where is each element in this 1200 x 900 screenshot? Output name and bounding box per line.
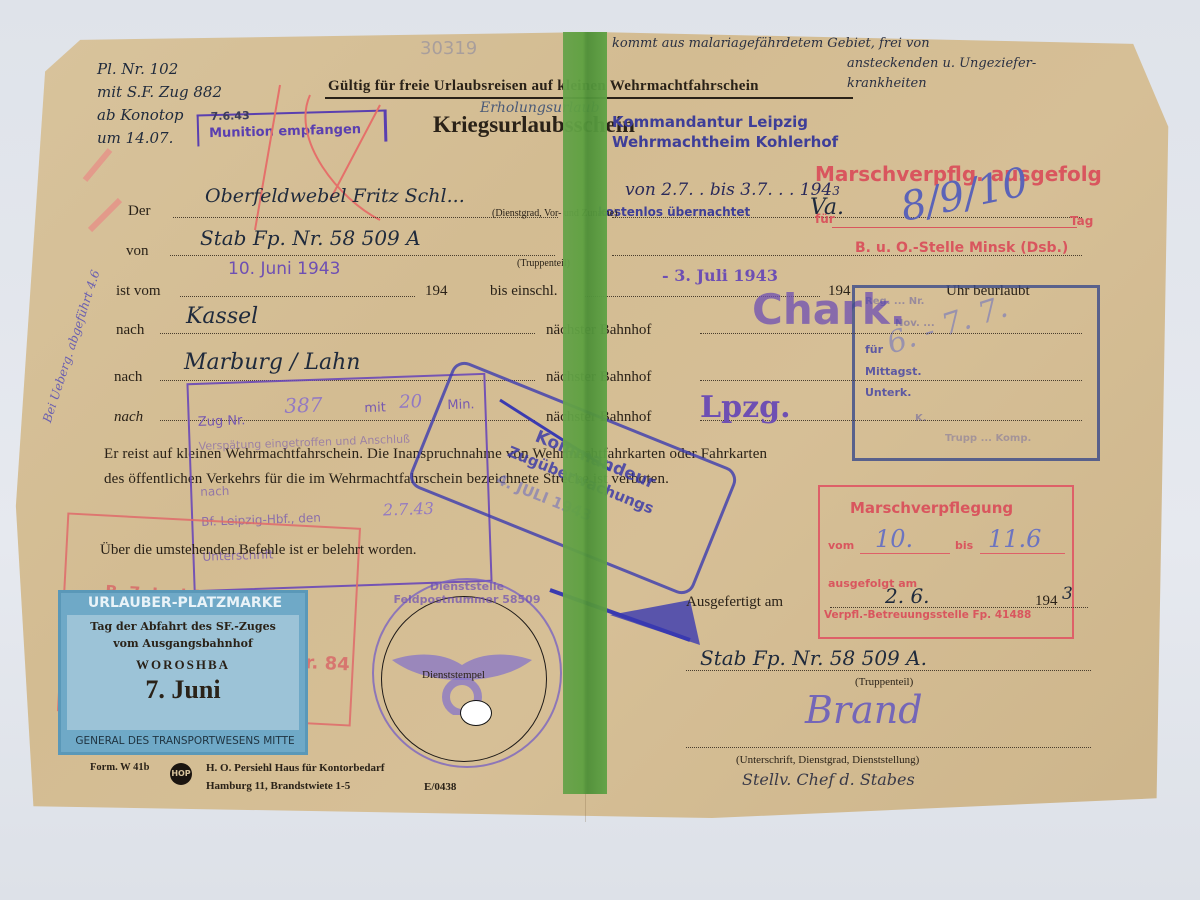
signature-caption: (Unterschrift, Dienstgrad, Dienststellun… [736, 754, 919, 766]
mv-bottom-vom-label: vom [828, 539, 854, 552]
kommandantur-line: Wehrmachtheim Kohlerhof [612, 132, 838, 152]
chark-box-row: Reg. ... Nr. [865, 296, 924, 307]
platzmarke-head: URLAUBER-PLATZMARKE [65, 595, 305, 611]
chark-box-row: K. [915, 413, 927, 424]
chark-box-row: Trupp ... Komp. [945, 433, 1031, 444]
punch-hole [460, 700, 492, 726]
footer-printer-1: H. O. Persiehl Haus für Kontorbedarf [206, 762, 385, 774]
marschverpflegung-top-line [832, 227, 1077, 228]
year-prefix: 194 [425, 283, 448, 300]
ist-vom-dotline [180, 296, 415, 297]
chark-box-row: für [865, 343, 883, 356]
signature: Brand [805, 688, 923, 732]
urlauber-platzmarke: URLAUBER-PLATZMARKE Tag der Abfahrt des … [58, 590, 308, 755]
von-label: von [126, 243, 149, 260]
von-value: Stab Fp. Nr. 58 509 A [200, 226, 421, 250]
platzmarke-station: WOROSHBA [67, 657, 299, 673]
zug-bf-value: 2.7.43 [383, 499, 435, 520]
dienststempel-ring-text: Dienststelle Feldpostnummer 58509 [392, 580, 542, 606]
platzmarke-inner: Tag der Abfahrt des SF.-Zuges vom Ausgan… [67, 615, 299, 730]
der-dotline-right [612, 217, 1082, 218]
footer-logo: HOP [170, 763, 192, 785]
nach-label-1: nach [116, 322, 144, 339]
date-range-handwritten: von 2.7. . bis 3.7. . . 1943 [625, 180, 840, 200]
mv-bottom-bis-label: bis [955, 539, 973, 552]
chark-box-row: Mittagst. [865, 365, 922, 378]
va-mark: Va. [810, 195, 844, 220]
destination-1: Kassel [186, 304, 258, 329]
red-pencil-marks [80, 80, 410, 250]
footer-code: E/0438 [424, 781, 456, 793]
zug-label: Zug Nr. [198, 413, 246, 430]
der-value: Oberfeldwebel Fritz Schl... [205, 185, 465, 207]
dienststempel-label: Dienststempel [422, 669, 485, 681]
mv-bottom-vom-value: 10. [875, 525, 913, 553]
ist-vom-date-stamp: 10. Juni 1943 [228, 259, 340, 279]
marschverpflegung-top-tag: Tag [1070, 214, 1093, 228]
destination-2: Marburg / Lahn [184, 350, 360, 375]
von-dotline-right [612, 255, 1082, 256]
mv-bottom-title: Marschverpflegung [850, 499, 1013, 517]
note-line: kommt aus malariagefährdetem Gebiet, fre… [612, 34, 1036, 54]
kommandantur-stamp: Kommandantur Leipzig Wehrmachtheim Kohle… [612, 112, 838, 152]
unit-repeat: Stab Fp. Nr. 58 509 A. [700, 646, 927, 670]
bahnhof-dotline-1 [700, 333, 1082, 334]
zug-line2: Verspätung eingetroffen und Anschluß [198, 433, 410, 453]
nach-label-3: nach [114, 409, 143, 426]
issued-date: 2. 6. [885, 584, 930, 608]
kommandantur-line: Kommandantur Leipzig [612, 112, 838, 132]
zug-value: 387 [284, 393, 323, 418]
footer-form: Form. W 41b [90, 762, 149, 773]
instructed-line: Über die umstehenden Befehle ist er bele… [100, 542, 417, 559]
bahnhof-dotline-2 [700, 380, 1082, 381]
platzmarke-line2: vom Ausgangsbahnhof [67, 637, 299, 650]
nach-label-2: nach [114, 369, 142, 386]
note-line: Pl. Nr. 102 [97, 58, 222, 81]
platzmarke-line1: Tag der Abfahrt des SF.-Zuges [67, 620, 299, 633]
serial-number: 30319 [420, 38, 477, 59]
platzmarke-foot: GENERAL DES TRANSPORTWESENS MITTE [65, 735, 305, 747]
mv-bottom-place: Verpfl.-Betreuungsstelle Fp. 41488 [824, 609, 1031, 621]
nach-dotline-1 [160, 333, 535, 334]
green-diagonal-band [563, 32, 607, 794]
ist-vom-label: ist vom [116, 283, 161, 300]
issued-year-suffix: 3 [1062, 584, 1073, 604]
chark-box-stamp: Reg. ... Nr. Nov. ... für Mittagst. Unte… [852, 285, 1100, 461]
unit-dotline [686, 670, 1091, 671]
signature-dotline [686, 747, 1091, 748]
marschverpflegung-top-place: B. u. O.-Stelle Minsk (Dsb.) [855, 240, 1068, 256]
chark-box-row: Unterk. [865, 386, 911, 399]
issued-year-prefix: 194 [1035, 593, 1058, 610]
bis-label: bis einschl. [490, 283, 558, 300]
zug-nach-label: nach [200, 484, 230, 499]
signer-title: Stellv. Chef d. Stabes [742, 770, 915, 789]
mv-bottom-bis-value: 11.6 [988, 525, 1041, 553]
marschverpflegung-bottom-stamp: Marschverpflegung vom 10. bis 11.6 ausge… [818, 485, 1074, 639]
unit-caption: (Truppenteil) [855, 676, 913, 688]
zug-mit-label: mit [364, 400, 386, 416]
note-line: ansteckenden u. Ungeziefer- [612, 54, 1036, 74]
von-dotline [170, 255, 555, 256]
mv-bottom-bis-line [980, 553, 1065, 554]
platzmarke-date: 7. Juni [67, 675, 299, 705]
der-label: Der [128, 203, 151, 220]
bis-date-stamp: - 3. Juli 1943 [662, 266, 778, 285]
footer-printer-2: Hamburg 11, Brandstwiete 1-5 [206, 780, 350, 792]
issued-label: Ausgefertigt am [686, 594, 783, 611]
zug-mit-value: 20 [399, 391, 423, 413]
mv-bottom-vom-line [860, 553, 950, 554]
